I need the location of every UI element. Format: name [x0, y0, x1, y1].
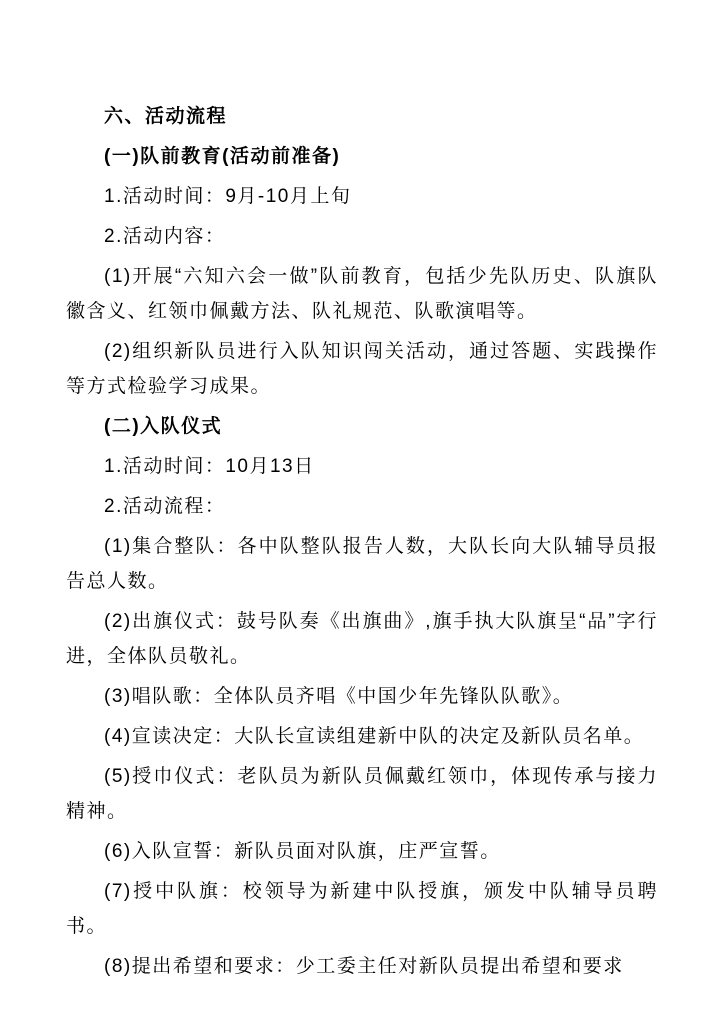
paragraph: 2.活动内容：: [66, 219, 658, 254]
paragraph: (4)宣读决定：大队长宣读组建新中队的决定及新队员名单。: [66, 719, 658, 754]
paragraph: 1.活动时间：9月-10月上旬: [66, 179, 658, 214]
document-page: 六、活动流程(一)队前教育(活动前准备)1.活动时间：9月-10月上旬2.活动内…: [0, 0, 724, 1024]
paragraph: (8)提出希望和要求：少工委主任对新队员提出希望和要求: [66, 949, 658, 984]
paragraph: (5)授巾仪式：老队员为新队员佩戴红领巾，体现传承与接力精神。: [66, 759, 658, 829]
section-heading: (一)队前教育(活动前准备): [66, 139, 658, 174]
paragraph: (2)组织新队员进行入队知识闯关活动，通过答题、实践操作等方式检验学习成果。: [66, 334, 658, 404]
section-heading: 六、活动流程: [66, 99, 658, 134]
paragraph: (6)入队宣誓：新队员面对队旗，庄严宣誓。: [66, 834, 658, 869]
paragraph: 1.活动时间：10月13日: [66, 449, 658, 484]
paragraph: (3)唱队歌：全体队员齐唱《中国少年先锋队队歌》。: [66, 679, 658, 714]
paragraph: (7)授中队旗：校领导为新建中队授旗，颁发中队辅导员聘书。: [66, 874, 658, 944]
document-body: 六、活动流程(一)队前教育(活动前准备)1.活动时间：9月-10月上旬2.活动内…: [66, 99, 658, 989]
section-heading: (二)入队仪式: [66, 409, 658, 444]
paragraph: (2)出旗仪式：鼓号队奏《出旗曲》,旗手执大队旗呈“品”字行进，全体队员敬礼。: [66, 604, 658, 674]
paragraph: (1)集合整队：各中队整队报告人数，大队长向大队辅导员报告总人数。: [66, 529, 658, 599]
paragraph: (1)开展“六知六会一做”队前教育，包括少先队历史、队旗队徽含义、红领巾佩戴方法…: [66, 259, 658, 329]
paragraph: 2.活动流程：: [66, 489, 658, 524]
